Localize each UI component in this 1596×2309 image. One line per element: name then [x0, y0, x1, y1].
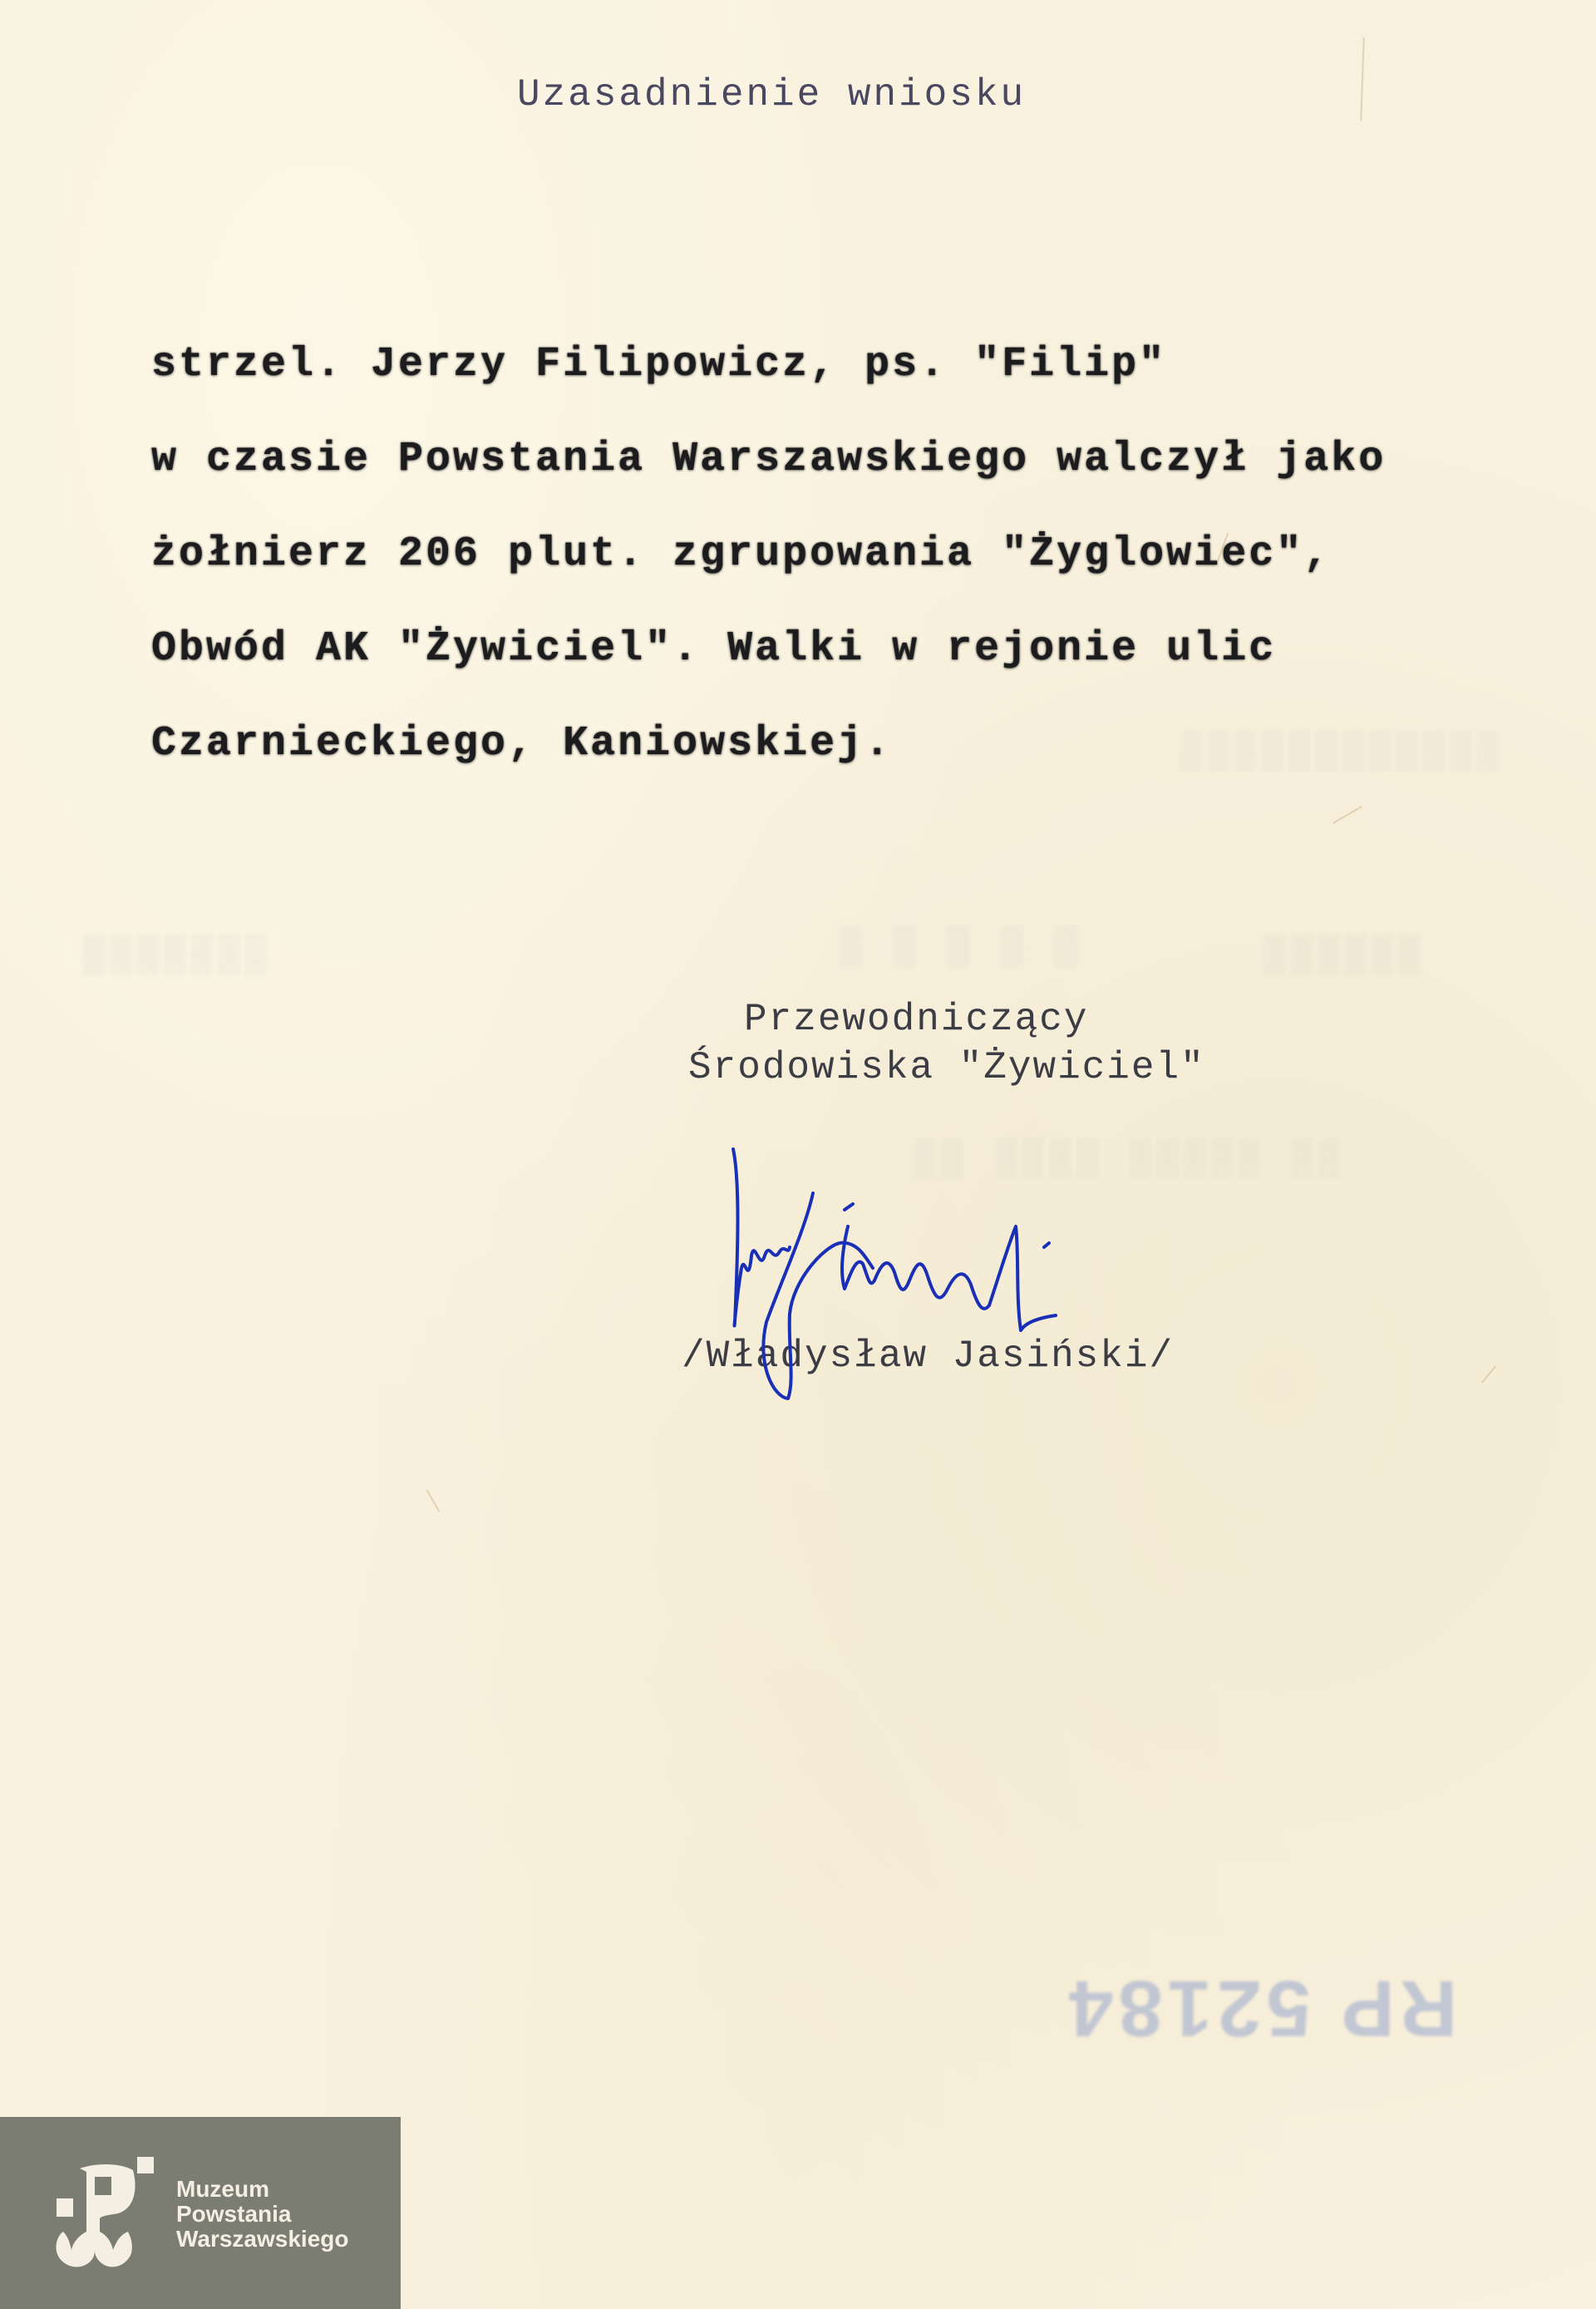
document-page: ▒▒▒▒▒▒▒ ▒ ▒ ▒ ▒ ▒ ▒▒▒▒▒▒ ▒▒ ▒▒▒▒ ▒▒▒▒▒ ▒…: [0, 0, 1596, 2309]
paper-fiber: [1332, 806, 1362, 824]
museum-logo: Muzeum Powstania Warszawskiego: [0, 2117, 401, 2309]
museum-name: Muzeum Powstania Warszawskiego: [176, 2177, 348, 2252]
signatory-organization: Środowiska "Żywiciel": [688, 1046, 1205, 1089]
body-line: żołnierz 206 plut. zgrupowania "Żyglowie…: [151, 507, 1386, 602]
show-through-text: ▒▒▒▒▒▒▒: [83, 935, 272, 977]
body-line: Czarnieckiego, Kaniowskiej.: [151, 697, 1386, 792]
museum-name-line: Warszawskiego: [176, 2227, 348, 2252]
paper-fiber: [1360, 37, 1364, 121]
body-line: Obwód AK "Żywiciel". Walki w rejonie uli…: [151, 602, 1386, 697]
archive-pencil-mark: RP 52184: [1064, 1962, 1457, 2054]
kotwica-anchor-icon: [52, 2155, 160, 2272]
show-through-text: ▒▒▒▒▒▒: [1263, 935, 1425, 977]
handwritten-signature-icon: [690, 1131, 1172, 1422]
body-line: strzel. Jerzy Filipowicz, ps. "Filip": [151, 318, 1386, 412]
justification-body: strzel. Jerzy Filipowicz, ps. "Filip" w …: [151, 318, 1386, 792]
museum-name-line: Powstania: [176, 2202, 348, 2227]
show-through-text: [948, 927, 974, 969]
paper-fiber: [426, 1490, 441, 1512]
paper-fiber: [1481, 1365, 1496, 1383]
document-title: Uzasadnienie wniosku: [517, 73, 1026, 116]
body-line: w czasie Powstania Warszawskiego walczył…: [151, 412, 1386, 507]
signatory-role: Przewodniczący: [744, 998, 1088, 1041]
museum-name-line: Muzeum: [176, 2177, 348, 2202]
